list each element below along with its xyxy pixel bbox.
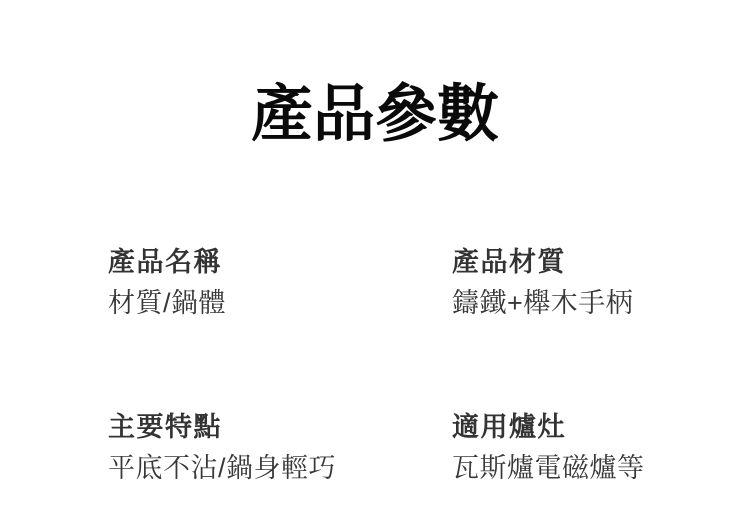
spec-item-main-features: 主要特點 平底不沾/鍋身輕巧 bbox=[108, 414, 452, 482]
spec-row-2: 主要特點 平底不沾/鍋身輕巧 適用爐灶 瓦斯爐電磁爐等 bbox=[108, 414, 750, 482]
spec-label: 產品材質 bbox=[452, 249, 750, 276]
spec-grid: 產品名稱 材質/鍋體 產品材質 鑄鐵+櫸木手柄 主要特點 平底不沾/鍋身輕巧 適… bbox=[0, 0, 750, 526]
spec-value: 鑄鐵+櫸木手柄 bbox=[452, 290, 750, 317]
spec-item-stove-compatibility: 適用爐灶 瓦斯爐電磁爐等 bbox=[452, 414, 750, 482]
spec-item-product-name: 產品名稱 材質/鍋體 bbox=[108, 249, 452, 317]
spec-item-product-material: 產品材質 鑄鐵+櫸木手柄 bbox=[452, 249, 750, 317]
spec-label: 適用爐灶 bbox=[452, 414, 750, 441]
spec-label: 產品名稱 bbox=[108, 249, 452, 276]
spec-row-1: 產品名稱 材質/鍋體 產品材質 鑄鐵+櫸木手柄 bbox=[108, 249, 750, 317]
spec-value: 平底不沾/鍋身輕巧 bbox=[108, 455, 452, 482]
spec-value: 瓦斯爐電磁爐等 bbox=[452, 455, 750, 482]
spec-value: 材質/鍋體 bbox=[108, 290, 452, 317]
spec-label: 主要特點 bbox=[108, 414, 452, 441]
